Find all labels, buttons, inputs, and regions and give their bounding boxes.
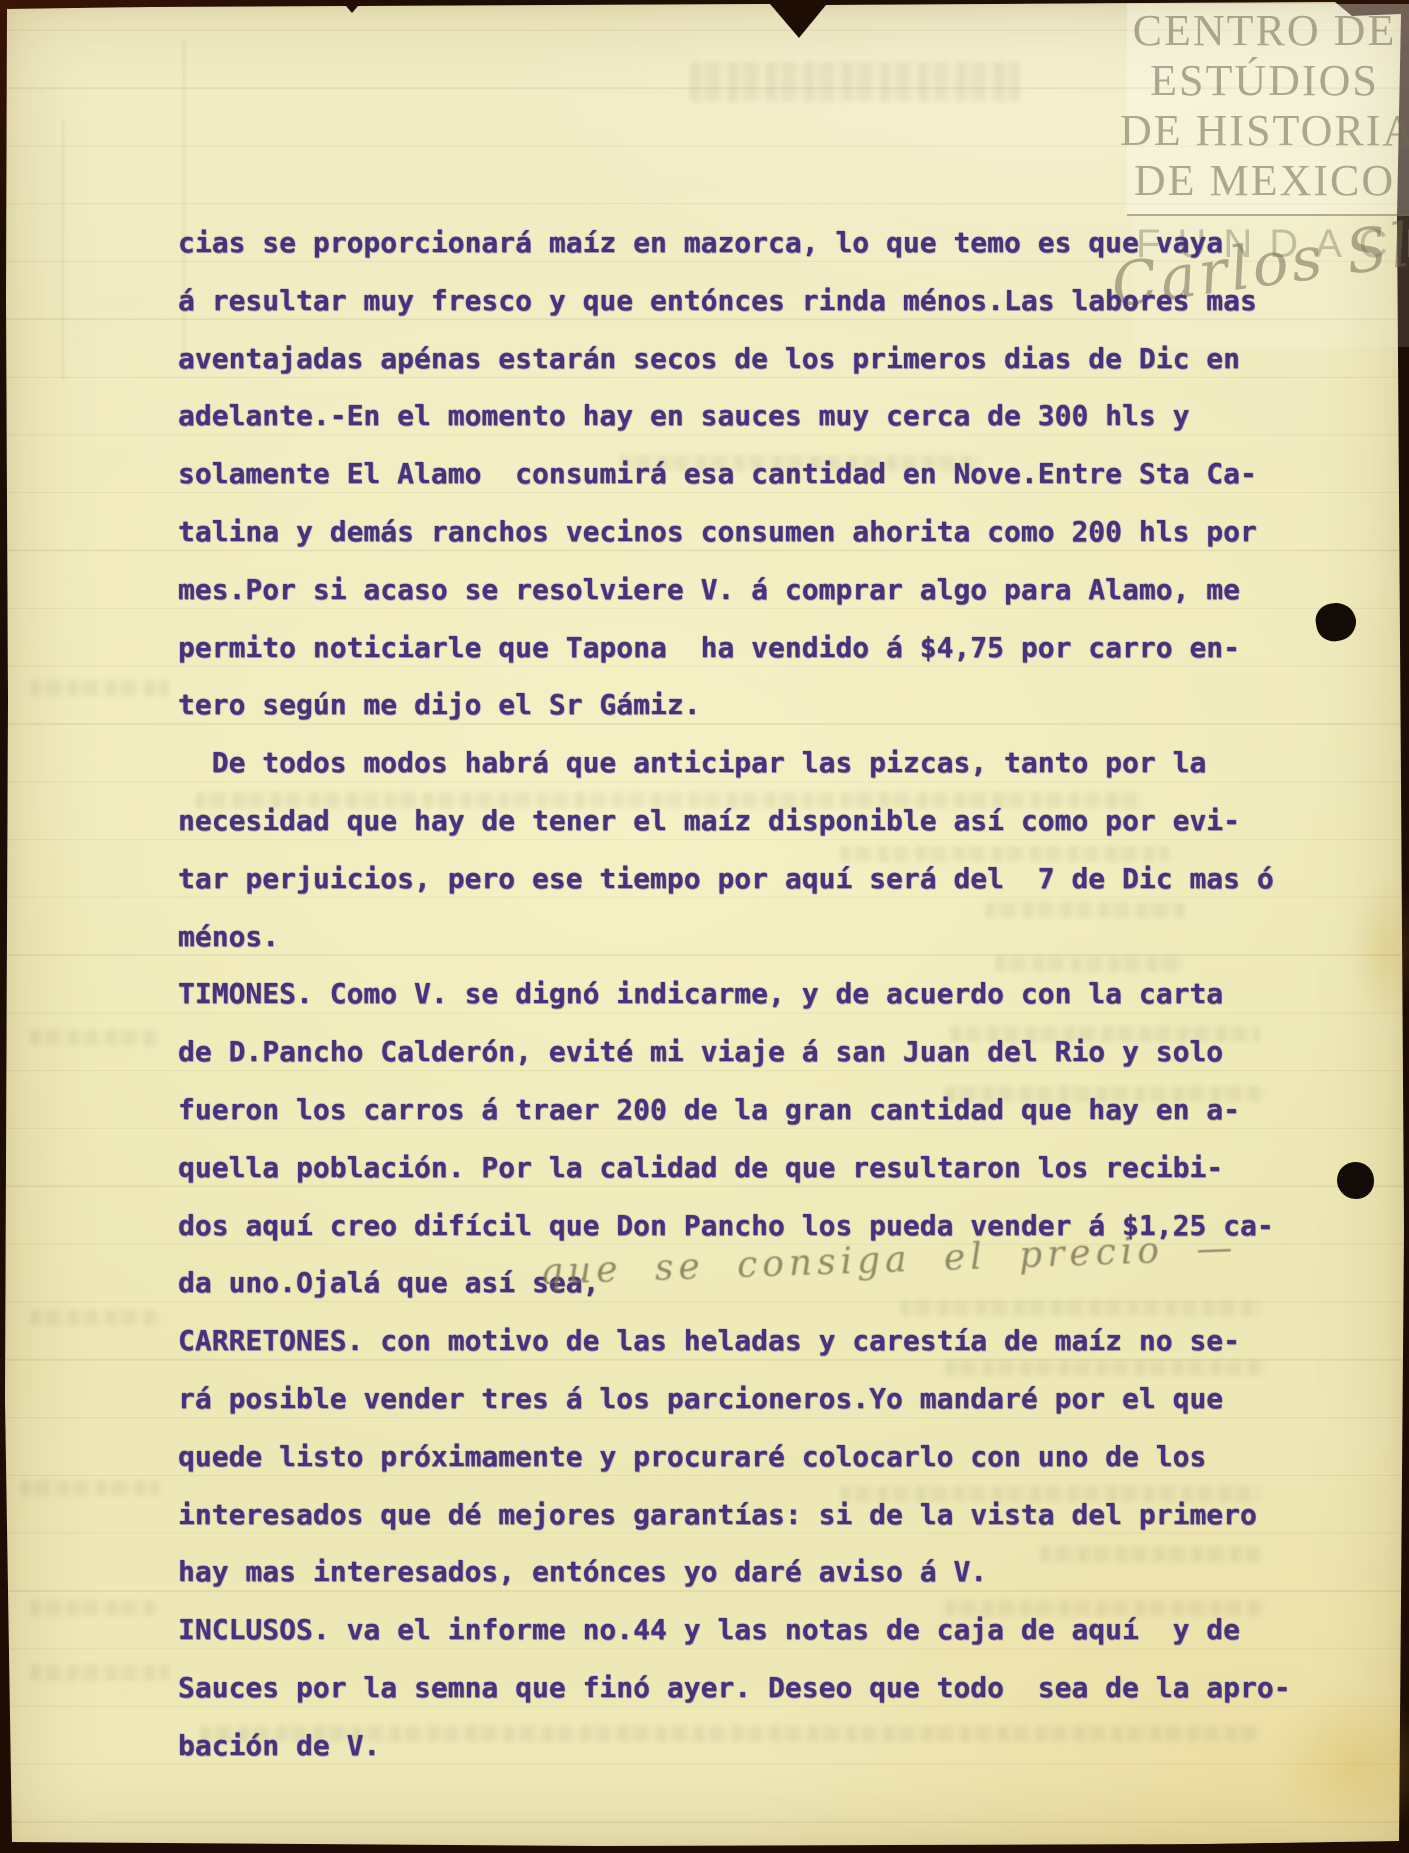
typewritten-line: á resultar muy fresco y que entónces rin… — [178, 272, 1318, 330]
paper-crease — [62, 120, 64, 380]
typewritten-line: aventajadas apénas estarán secos de los … — [178, 330, 1318, 388]
typewritten-line: Sauces por la semna que finó ayer. Deseo… — [178, 1659, 1318, 1717]
typewritten-line: quede listo próximamente y procuraré col… — [178, 1428, 1318, 1486]
punch-hole — [1337, 1162, 1374, 1199]
typewritten-line: fueron los carros á traer 200 de la gran… — [178, 1081, 1318, 1139]
typewritten-line: tar perjuicios, pero ese tiempo por aquí… — [178, 850, 1318, 908]
typewritten-line: interesados que dé mejores garantías: si… — [178, 1486, 1318, 1544]
bleed-through-smudge — [30, 1600, 160, 1616]
typewritten-text: cias se proporcionará maíz en mazorca, l… — [178, 214, 1318, 1775]
typewritten-line: necesidad que hay de tener el maíz dispo… — [178, 792, 1318, 850]
typewritten-line: solamente El Alamo consumirá esa cantida… — [178, 445, 1318, 503]
typewritten-line: bación de V. — [178, 1717, 1318, 1775]
typewritten-line: mes.Por si acaso se resolviere V. á comp… — [178, 561, 1318, 619]
bleed-through-smudge — [690, 62, 1020, 102]
typewritten-line: cias se proporcionará maíz en mazorca, l… — [178, 214, 1318, 272]
watermark-line: DE HISTORIA — [1120, 106, 1409, 156]
archive-watermark: CENTRO DE ESTÚDIOS DE HISTORIA DE MEXICO — [1120, 6, 1409, 206]
typewritten-line: hay mas interesados, entónces yo daré av… — [178, 1543, 1318, 1601]
watermark-line: ESTÚDIOS — [1120, 56, 1409, 106]
typewritten-line: ménos. — [178, 908, 1318, 966]
bleed-through-smudge — [30, 1665, 170, 1681]
typewritten-line: talina y demás ranchos vecinos consumen … — [178, 503, 1318, 561]
typewritten-line: De todos modos habrá que anticipar las p… — [178, 734, 1318, 792]
typewritten-line: TIMONES. Como V. se dignó indicarme, y d… — [178, 965, 1318, 1023]
typewritten-line: permito noticiarle que Tapona ha vendido… — [178, 619, 1318, 677]
typewritten-line: tero según me dijo el Sr Gámiz. — [178, 676, 1318, 734]
bleed-through-smudge — [30, 1310, 160, 1326]
typewritten-line: INCLUSOS. va el informe no.44 y las nota… — [178, 1601, 1318, 1659]
watermark-line: CENTRO DE — [1120, 6, 1409, 56]
typewritten-line: quella población. Por la calidad de que … — [178, 1139, 1318, 1197]
typewritten-line: de D.Pancho Calderón, evité mi viaje á s… — [178, 1023, 1318, 1081]
bleed-through-smudge — [20, 1480, 160, 1496]
bleed-through-smudge — [30, 1030, 160, 1046]
typewritten-line: rá posible vender tres á los parcioneros… — [178, 1370, 1318, 1428]
typewritten-line: adelante.-En el momento hay en sauces mu… — [178, 387, 1318, 445]
scanned-document-page: { "page": { "description": "Scanned type… — [0, 0, 1409, 1853]
typewritten-line: CARRETONES. con motivo de las heladas y … — [178, 1312, 1318, 1370]
watermark-line: DE MEXICO — [1120, 156, 1409, 206]
bleed-through-smudge — [30, 680, 170, 696]
